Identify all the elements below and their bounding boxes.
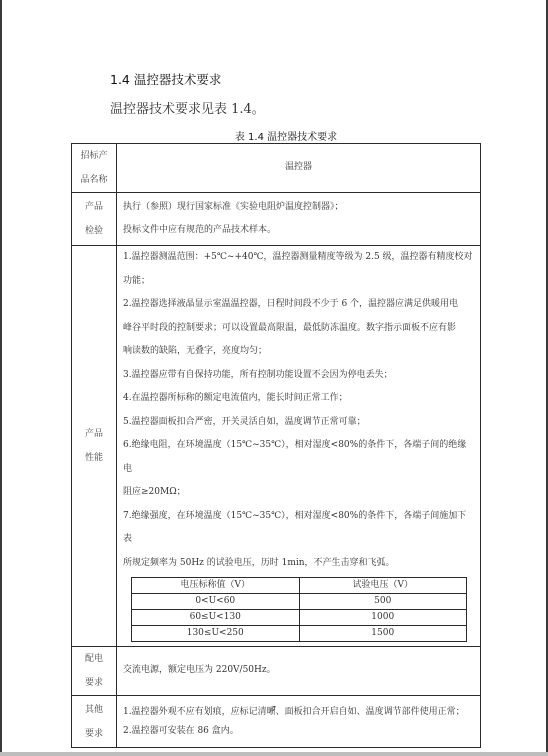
content-line: 5.温控器面板扣合严密，开关灵活自如，温度调节正常可靠； (123, 411, 474, 435)
label-line: 招标产 (72, 144, 116, 168)
test-voltage-cell: 1500 (299, 626, 467, 642)
table-row-other-requirements: 其他 要求 1.温控器外观不应有划痕，应标记清晰、面板扣合开启自如、温度调节部件… (72, 696, 481, 748)
table-caption: 表 1.4 温控器技术要求 (0, 128, 548, 143)
content-line: 3.温控器应带有自保持功能，所有控制功能设置不会因为停电丢失； (123, 364, 474, 388)
content-line: 执行（参照）现行国家标准《实验电阻炉温度控制器》； (123, 196, 474, 220)
content-line: 7.绝缘强度，在环境温度（15℃~35℃），相对湿度<80%的条件下，各端子间施… (123, 505, 474, 552)
nominal-voltage-cell: 0<U<60 (132, 594, 300, 610)
row-content: 温控器 (117, 144, 481, 193)
label-line: 产品 (72, 195, 116, 219)
nominal-voltage-cell: 60≤U<130 (132, 610, 300, 626)
voltage-table: 电压标称值（V） 试验电压（V） 0<U<60 500 60≤U<130 100… (131, 577, 467, 642)
label-line: 要求 (72, 722, 116, 746)
content-line: 响读数的缺陷，无叠字，亮度均匀； (123, 340, 474, 364)
nominal-voltage-cell: 130≤U<250 (132, 626, 300, 642)
label-line: 性能 (72, 446, 116, 470)
intro-paragraph: 温控器技术要求见表 1.4。 (110, 98, 265, 117)
header-test-voltage: 试验电压（V） (299, 578, 467, 594)
label-line: 配电 (72, 647, 116, 671)
row-content: 执行（参照）现行国家标准《实验电阻炉温度控制器》； 投标文件中应有规范的产品技术… (117, 193, 481, 246)
label-line: 检验 (72, 219, 116, 243)
content-line: 6.绝缘电阻，在环境温度（15℃~35℃），相对湿度<80%的条件下，各端子间的… (123, 434, 474, 481)
page-edge-left (0, 0, 2, 756)
table-row-product-name: 招标产 品名称 温控器 (72, 144, 481, 193)
content-line: 1.温控器测温范围：+5℃~+40℃，温控器测量精度等级为 2.5 级，温控器有… (123, 246, 474, 270)
voltage-table-header: 电压标称值（V） 试验电压（V） (132, 578, 467, 594)
row-label: 产品 性能 (72, 246, 117, 647)
row-label: 招标产 品名称 (72, 144, 117, 193)
content-line: 4.在温控器所标称的额定电流值内，能长时间正常工作； (123, 387, 474, 411)
spec-table: 招标产 品名称 温控器 产品 检验 执行（参照）现行国家标准《实验电阻炉温度控制… (71, 143, 481, 748)
label-line: 品名称 (72, 168, 116, 192)
voltage-table-row: 130≤U<250 1500 (132, 626, 467, 642)
content-line: 阻应≥20MΩ； (123, 481, 474, 505)
table-row-product-inspection: 产品 检验 执行（参照）现行国家标准《实验电阻炉温度控制器》； 投标文件中应有规… (72, 193, 481, 246)
row-content: 1.温控器外观不应有划痕，应标记清晰、面板扣合开启自如、温度调节部件使用正常； … (117, 696, 481, 748)
row-content: 交流电源，额定电压为 220V/50Hz。 (117, 647, 481, 696)
content-line: 所规定频率为 50Hz 的试验电压，历时 1min，不产生击穿和飞弧。 (123, 552, 474, 576)
table-row-power-requirements: 配电 要求 交流电源，额定电压为 220V/50Hz。 (72, 647, 481, 696)
voltage-table-row: 0<U<60 500 (132, 594, 467, 610)
header-nominal-voltage: 电压标称值（V） (132, 578, 300, 594)
page-edge-bottom (0, 752, 548, 756)
label-line: 要求 (72, 671, 116, 695)
content-line: 2.温控器可安装在 86 盒内。 (123, 722, 474, 741)
row-label: 其他 要求 (72, 696, 117, 748)
table-row-product-performance: 产品 性能 1.温控器测温范围：+5℃~+40℃，温控器测量精度等级为 2.5 … (72, 246, 481, 647)
label-line: 产品 (72, 422, 116, 446)
content-line: 峰谷平时段的控制要求；可以设置最高限温，最低防冻温度。数字指示面板不应有影 (123, 317, 474, 341)
row-content: 1.温控器测温范围：+5℃~+40℃，温控器测量精度等级为 2.5 级，温控器有… (117, 246, 481, 647)
row-label: 产品 检验 (72, 193, 117, 246)
test-voltage-cell: 1000 (299, 610, 467, 626)
content-line: 功能； (123, 270, 474, 294)
section-heading: 1.4 温控器技术要求 (110, 70, 221, 88)
content-line: 2.温控器选择液晶显示室温温控器，日程时间段不少于 6 个，温控器应满足供暖用电 (123, 293, 474, 317)
content-line: 投标文件中应有规范的产品技术样本。 (123, 219, 474, 243)
voltage-table-row: 60≤U<130 1000 (132, 610, 467, 626)
page-number: 7 (0, 705, 548, 713)
test-voltage-cell: 500 (299, 594, 467, 610)
row-label: 配电 要求 (72, 647, 117, 696)
